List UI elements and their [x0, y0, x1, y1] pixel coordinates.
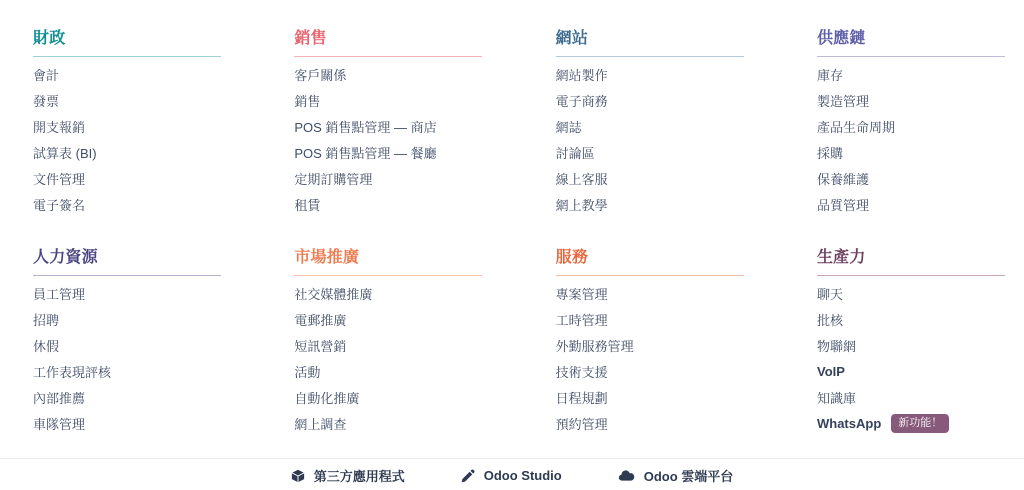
footer-link-odoo-cloud[interactable]: Odoo 雲端平台 — [618, 466, 734, 485]
app-link[interactable]: 品質管理 — [817, 195, 869, 214]
app-link[interactable]: 租賃 — [294, 195, 320, 214]
app-link[interactable]: 批核 — [817, 310, 843, 329]
app-link[interactable]: 試算表 (BI) — [33, 143, 97, 162]
category-productivity: 生產力 聊天 批核 物聯網 VoIP 知識庫 WhatsApp 新功能！ — [817, 244, 1005, 436]
category-title: 人力資源 — [33, 244, 221, 276]
app-link[interactable]: 日程規劃 — [556, 388, 608, 407]
app-link[interactable]: 電子商務 — [556, 91, 608, 110]
category-title: 財政 — [33, 25, 221, 57]
app-link[interactable]: 員工管理 — [33, 284, 85, 303]
category-sales: 銷售 客戶關係 銷售 POS 銷售點管理 — 商店 POS 銷售點管理 — 餐廳… — [294, 25, 482, 217]
app-link[interactable]: 庫存 — [817, 65, 843, 84]
app-link[interactable]: 網上教學 — [556, 195, 608, 214]
footer-link-label: Odoo Studio — [484, 468, 562, 483]
category-finance: 財政 會計 發票 開支報銷 試算表 (BI) 文件管理 電子簽名 — [33, 25, 221, 217]
app-link[interactable]: 招聘 — [33, 310, 59, 329]
app-link[interactable]: 產品生命周期 — [817, 117, 895, 136]
app-link[interactable]: 預約管理 — [556, 414, 608, 433]
category-title: 生產力 — [817, 244, 1005, 276]
category-services: 服務 專案管理 工時管理 外勤服務管理 技術支援 日程規劃 預約管理 — [556, 244, 744, 436]
apps-grid: 財政 會計 發票 開支報銷 試算表 (BI) 文件管理 電子簽名 銷售 客戶關係… — [0, 0, 1024, 436]
app-link[interactable]: 發票 — [33, 91, 59, 110]
app-link[interactable]: 專案管理 — [556, 284, 608, 303]
pencil-icon — [461, 469, 475, 483]
app-link[interactable]: 知識庫 — [817, 388, 856, 407]
footer-link-label: Odoo 雲端平台 — [644, 466, 734, 485]
category-supply-chain: 供應鏈 庫存 製造管理 產品生命周期 採購 保養維護 品質管理 — [817, 25, 1005, 217]
app-link-voip[interactable]: VoIP — [817, 364, 845, 379]
app-link[interactable]: 聊天 — [817, 284, 843, 303]
app-link[interactable]: 自動化推廣 — [294, 388, 359, 407]
app-link[interactable]: 開支報銷 — [33, 117, 85, 136]
app-link[interactable]: 會計 — [33, 65, 59, 84]
footer-bar: 第三方應用程式 Odoo Studio Odoo 雲端平台 — [0, 459, 1024, 490]
category-title: 網站 — [556, 25, 744, 57]
app-link[interactable]: 電子簽名 — [33, 195, 85, 214]
app-link[interactable]: 內部推薦 — [33, 388, 85, 407]
app-link[interactable]: 保養維護 — [817, 169, 869, 188]
app-link[interactable]: 網上調查 — [294, 414, 346, 433]
category-title: 銷售 — [294, 25, 482, 57]
footer-link-third-party-apps[interactable]: 第三方應用程式 — [291, 466, 405, 485]
app-link-whatsapp[interactable]: WhatsApp — [817, 416, 881, 431]
app-link[interactable]: 製造管理 — [817, 91, 869, 110]
app-link[interactable]: 活動 — [294, 362, 320, 381]
footer-link-label: 第三方應用程式 — [314, 466, 405, 485]
app-link[interactable]: 網站製作 — [556, 65, 608, 84]
category-website: 網站 網站製作 電子商務 網誌 討論區 線上客服 網上教學 — [556, 25, 744, 217]
app-link[interactable]: 銷售 — [294, 91, 320, 110]
category-title: 供應鏈 — [817, 25, 1005, 57]
app-link[interactable]: 休假 — [33, 336, 59, 355]
category-title: 服務 — [556, 244, 744, 276]
app-link[interactable]: 定期訂購管理 — [294, 169, 372, 188]
app-link[interactable]: 外勤服務管理 — [556, 336, 634, 355]
category-title: 市場推廣 — [294, 244, 482, 276]
app-link[interactable]: 物聯網 — [817, 336, 856, 355]
category-marketing: 市場推廣 社交媒體推廣 電郵推廣 短訊營銷 活動 自動化推廣 網上調查 — [294, 244, 482, 436]
new-feature-badge: 新功能！ — [891, 414, 949, 433]
footer-link-odoo-studio[interactable]: Odoo Studio — [461, 468, 562, 483]
app-link[interactable]: POS 銷售點管理 — 商店 — [294, 117, 436, 136]
app-link[interactable]: 社交媒體推廣 — [294, 284, 372, 303]
app-link[interactable]: 電郵推廣 — [294, 310, 346, 329]
app-link[interactable]: 線上客服 — [556, 169, 608, 188]
app-link[interactable]: 技術支援 — [556, 362, 608, 381]
app-link[interactable]: 客戶關係 — [294, 65, 346, 84]
category-hr: 人力資源 員工管理 招聘 休假 工作表現評核 內部推薦 車隊管理 — [33, 244, 221, 436]
app-link[interactable]: 採購 — [817, 143, 843, 162]
cloud-icon — [618, 469, 635, 482]
app-link[interactable]: 工作表現評核 — [33, 362, 111, 381]
app-link[interactable]: 短訊營銷 — [294, 336, 346, 355]
app-link[interactable]: POS 銷售點管理 — 餐廳 — [294, 143, 436, 162]
app-link[interactable]: 工時管理 — [556, 310, 608, 329]
app-link[interactable]: 車隊管理 — [33, 414, 85, 433]
app-link[interactable]: 文件管理 — [33, 169, 85, 188]
cube-icon — [291, 469, 305, 483]
app-link[interactable]: 網誌 — [556, 117, 582, 136]
app-link[interactable]: 討論區 — [556, 143, 595, 162]
